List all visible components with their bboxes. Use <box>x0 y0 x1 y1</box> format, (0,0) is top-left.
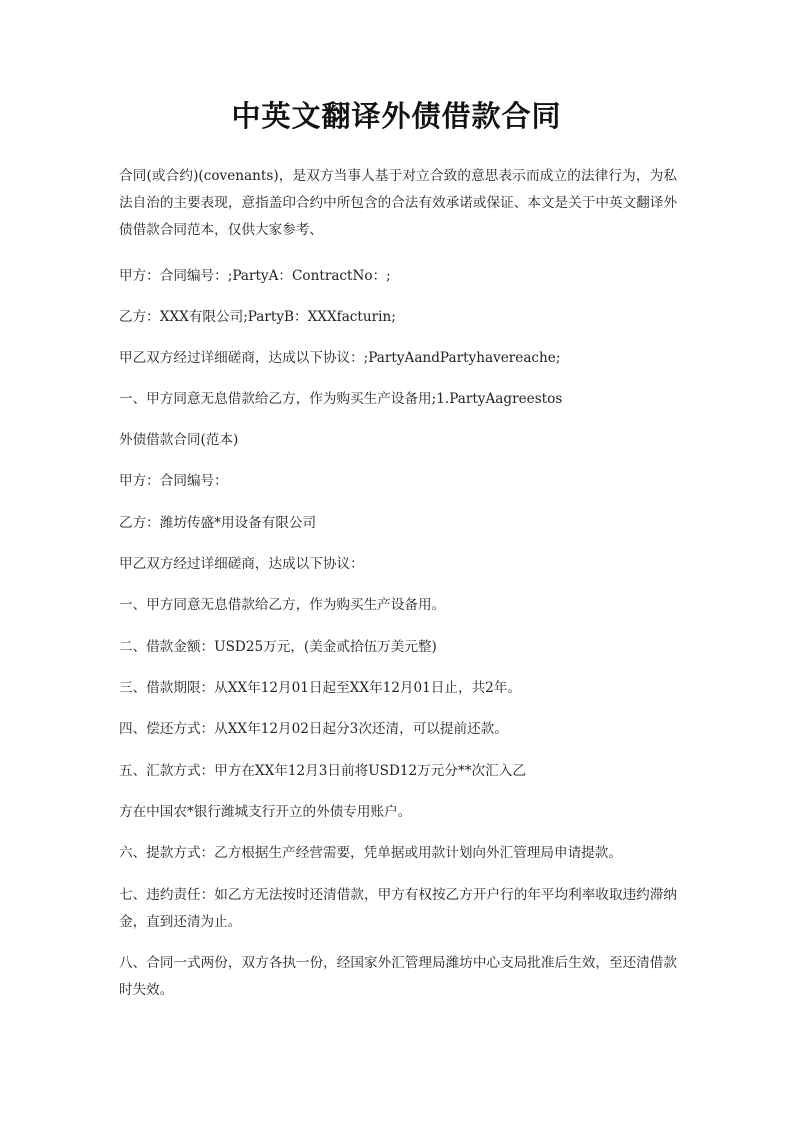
document-title: 中英文翻译外债借款合同 <box>0 96 793 136</box>
party-b-line-bilingual: 乙方：XXX有限公司;PartyB：XXXfacturin; <box>119 304 677 331</box>
clause-6-withdrawal: 六、提款方式：乙方根据生产经营需要，凭单据或用款计划向外汇管理局申请提款。 <box>119 840 677 867</box>
intro-paragraph: 合同(或合约)(covenants)，是双方当事人基于对立合致的意思表示而成立的… <box>119 163 677 244</box>
party-a-line-bilingual: 甲方：合同编号：;PartyA：ContractNo：; <box>119 263 677 290</box>
clause-8-validity: 八、合同一式两份，双方各执一份，经国家外汇管理局潍坊中心支局批准后生效，至还清借… <box>119 950 677 1004</box>
party-b-line: 乙方：潍坊传盛*用设备有限公司 <box>119 510 677 537</box>
clause-1-bilingual: 一、甲方同意无息借款给乙方，作为购买生产设备用;1.PartyAagreesto… <box>119 386 677 413</box>
clause-5-remittance: 五、汇款方式：甲方在XX年12月3日前将USD12万元分**次汇入乙 <box>119 758 677 785</box>
template-heading: 外债借款合同(范本) <box>119 427 677 454</box>
party-a-line: 甲方：合同编号： <box>119 468 677 495</box>
document-page: 中英文翻译外债借款合同 合同(或合约)(covenants)，是双方当事人基于对… <box>0 0 793 1122</box>
clause-5-continued: 方在中国农*银行潍城支行开立的外债专用账户。 <box>119 799 677 826</box>
clause-1: 一、甲方同意无息借款给乙方，作为购买生产设备用。 <box>119 592 677 619</box>
clause-4-repayment: 四、偿还方式：从XX年12月02日起分3次还清，可以提前还款。 <box>119 716 677 743</box>
clause-3-term: 三、借款期限：从XX年12月01日起至XX年12月01日止，共2年。 <box>119 675 677 702</box>
agreement-line: 甲乙双方经过详细磋商，达成以下协议： <box>119 551 677 578</box>
clause-7-liability: 七、违约责任：如乙方无法按时还清借款，甲方有权按乙方开户行的年平均利率收取违约滞… <box>119 882 677 936</box>
agreement-line-bilingual: 甲乙双方经过详细磋商，达成以下协议：;PartyAandPartyhaverea… <box>119 345 677 372</box>
clause-2-amount: 二、借款金额：USD25万元，(美金贰拾伍万美元整) <box>119 634 677 661</box>
